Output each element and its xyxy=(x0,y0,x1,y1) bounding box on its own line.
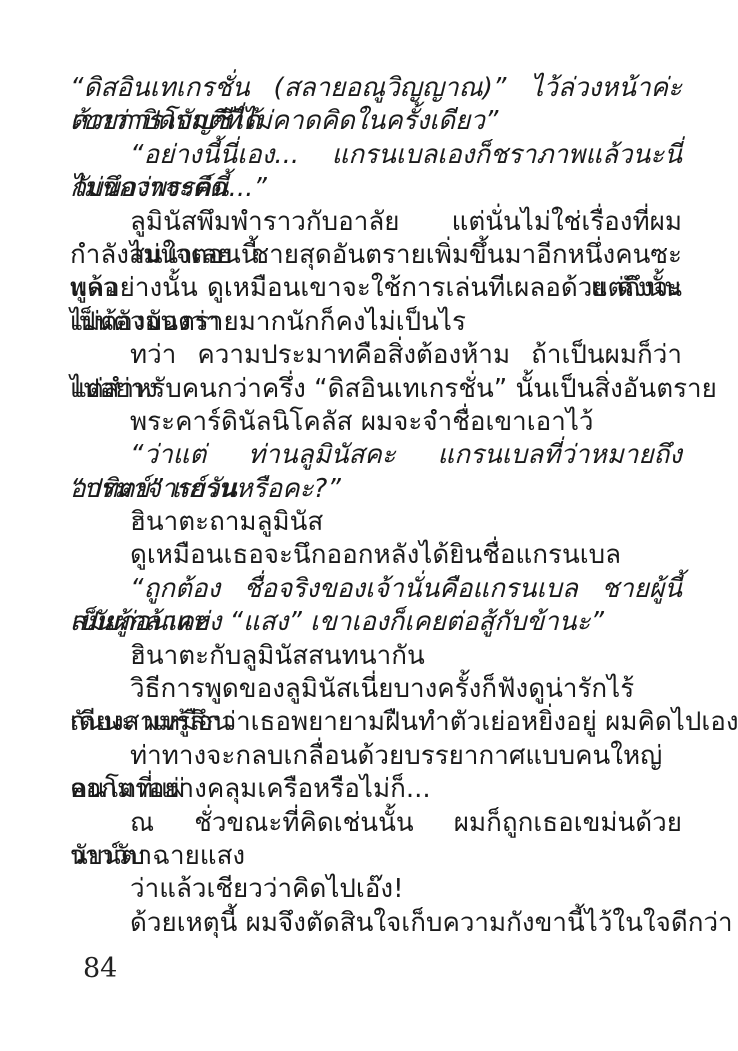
text-line: “ถูกต้อง ชื่อจริงของเจ้านั่นคือแกรนเบล ช… xyxy=(70,573,682,606)
text-line: ลูมินัสพึมพำราวกับอาลัย แต่นั่นไม่ใช่เรื… xyxy=(70,206,682,239)
text-line: แต่สำหรับคนกว่าครึ่ง “ดิสอินเทเกรชั่น” น… xyxy=(70,373,682,406)
text-line: อาทิตย์” แกรนหรือคะ?” xyxy=(70,473,682,506)
text-line: ฮินาตะถามลูมินัส xyxy=(70,506,682,539)
text-line: เป็นตัวอันตรายมากนักก็คงไม่เป็นไร xyxy=(70,306,682,339)
text-line: “ว่าแต่ ท่านลูมินัสคะ แกรนเบลที่ว่าหมายถ… xyxy=(70,439,682,472)
text-line: พระคาร์ดินัลนิโคลัส ผมจะจำชื่อเขาเอาไว้ xyxy=(70,406,682,439)
text-line: “อย่างนี้นี่เอง... แกรนเบลเองก็ชราภาพแล้… xyxy=(70,139,682,172)
text-line: กันนะ ผมรู้สึกว่าเธอพยายามฝืนทำตัวเย่อหย… xyxy=(70,706,682,739)
text-line: ว่าแล้วเชียวว่าคิดไปเอ๊ง! xyxy=(70,873,682,906)
page-text: “ดิสอินเทเกรชั่น (สลายอณูวิญญาณ)” ไว้ล่ว… xyxy=(70,72,682,940)
text-line: ทว่า ความประมาทคือสิ่งต้องห้าม ถ้าเป็นผม… xyxy=(70,339,682,372)
text-line: ณ ชั่วขณะที่คิดเช่นนั้น ผมก็ถูกเธอเขม่นด… xyxy=(70,807,682,840)
text-line: วิธีการพูดของลูมินัสเนี่ยบางครั้งก็ฟังดู… xyxy=(70,673,682,706)
text-line: ออกมาอย่างคลุมเครือหรือไม่ก็... xyxy=(70,773,682,806)
text-line: กับของพรรค์นี้...” xyxy=(70,172,682,205)
text-line: ด้วยการโจมตีที่ไม่คาดคิดในครั้งเดียว” xyxy=(70,105,682,138)
text-line: ท่าทางจะกลบเกลื่อนด้วยบรรยากาศแบบคนใหญ่ค… xyxy=(70,740,682,773)
page-number: 84 xyxy=(83,953,117,984)
text-line: พูดอย่างนั้น ดูเหมือนเขาจะใช้การเล่นทีเผ… xyxy=(70,272,682,305)
book-page: “ดิสอินเทเกรชั่น (สลายอณูวิญญาณ)” ไว้ล่ว… xyxy=(0,0,738,1051)
text-line: ฮินาตะกับลูมินัสสนทนากัน xyxy=(70,640,682,673)
text-line: ด้วยเหตุนี้ ผมจึงตัดสินใจเก็บความกังขานี… xyxy=(70,907,682,940)
text-line: เป็นผู้กล้าแห่ง “แสง” เขาเองก็เคยต่อสู้ก… xyxy=(70,606,682,639)
text-line: “ดิสอินเทเกรชั่น (สลายอณูวิญญาณ)” ไว้ล่ว… xyxy=(70,72,682,105)
text-line: ไม่น่าเลย ชายสุดอันตรายเพิ่มขึ้นมาอีกหนึ… xyxy=(70,239,682,272)
text-line: ดูเหมือนเธอจะนึกออกหลังได้ยินชื่อแกรนเบล xyxy=(70,539,682,572)
